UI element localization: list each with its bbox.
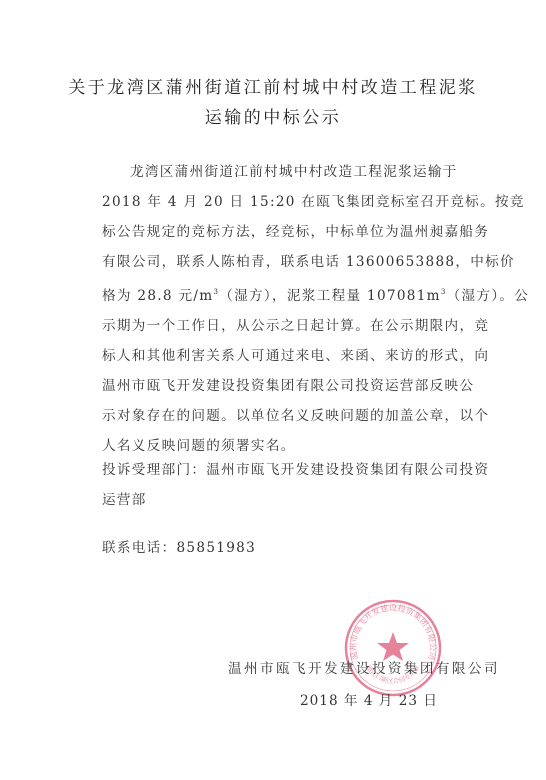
issuer-signature: 温州市瓯飞开发建设投资集团有限公司: [228, 657, 500, 677]
document-title-line1: 关于龙湾区蒲州街道江前村城中村改造工程泥浆: [0, 73, 546, 98]
body-line: 2018 年 4 月 20 日 15:20 在瓯飞集团竞标室召开竞标。按竞: [102, 187, 500, 217]
contact-phone-text: 联系电话：85851983: [102, 533, 500, 563]
body-line: 标人和其他利害关系人可通过来电、来函、来访的形式，向: [102, 341, 500, 371]
body-line: 标公告规定的竞标方法，经竞标，中标单位为温州昶嘉船务: [102, 217, 500, 247]
document-title-line2: 运输的中标公示: [0, 103, 546, 128]
body-line: 有限公司，联系人陈柏青，联系电话 13600653888，中标价: [102, 247, 500, 277]
svg-text:温州市瓯飞开发建设投资集团有限公司: 温州市瓯飞开发建设投资集团有限公司: [348, 602, 438, 660]
contact-phone: 联系电话：85851983: [102, 533, 500, 563]
document-page: 关于龙湾区蒲州街道江前村城中村改造工程泥浆 运输的中标公示 龙湾区蒲州街道江前村…: [0, 0, 546, 780]
price-text: 格为 28.8 元/m: [102, 288, 213, 304]
body-line: 示对象存在的问题。以单位名义反映问题的加盖公章，以个: [102, 401, 500, 431]
complaint-line: 运营部: [102, 485, 500, 515]
complaint-line: 投诉受理部门：温州市瓯飞开发建设投资集团有限公司投资: [102, 455, 500, 485]
body-text: （湿方）。公: [447, 288, 530, 304]
complaint-department: 投诉受理部门：温州市瓯飞开发建设投资集团有限公司投资 运营部: [102, 455, 500, 515]
volume-text: （湿方），泥浆工程量 107081m: [219, 288, 441, 304]
body-line: 温州市瓯飞开发建设投资集团有限公司投资运营部反映公: [102, 371, 500, 401]
body-line: 示期为一个工作日，从公示之日起计算。在公示期限内，竞: [102, 311, 500, 341]
body-line: 龙湾区蒲州街道江前村城中村改造工程泥浆运输于: [102, 157, 500, 187]
issue-date: 2018 年 4 月 23 日: [300, 689, 438, 709]
body-line: 格为 28.8 元/m3（湿方），泥浆工程量 107081m3（湿方）。公: [102, 277, 500, 311]
announcement-body: 龙湾区蒲州街道江前村城中村改造工程泥浆运输于 2018 年 4 月 20 日 1…: [102, 157, 500, 461]
official-seal-icon: 温州市瓯飞开发建设投资集团有限公司 瓯江口新区合同专用章: [343, 598, 443, 698]
